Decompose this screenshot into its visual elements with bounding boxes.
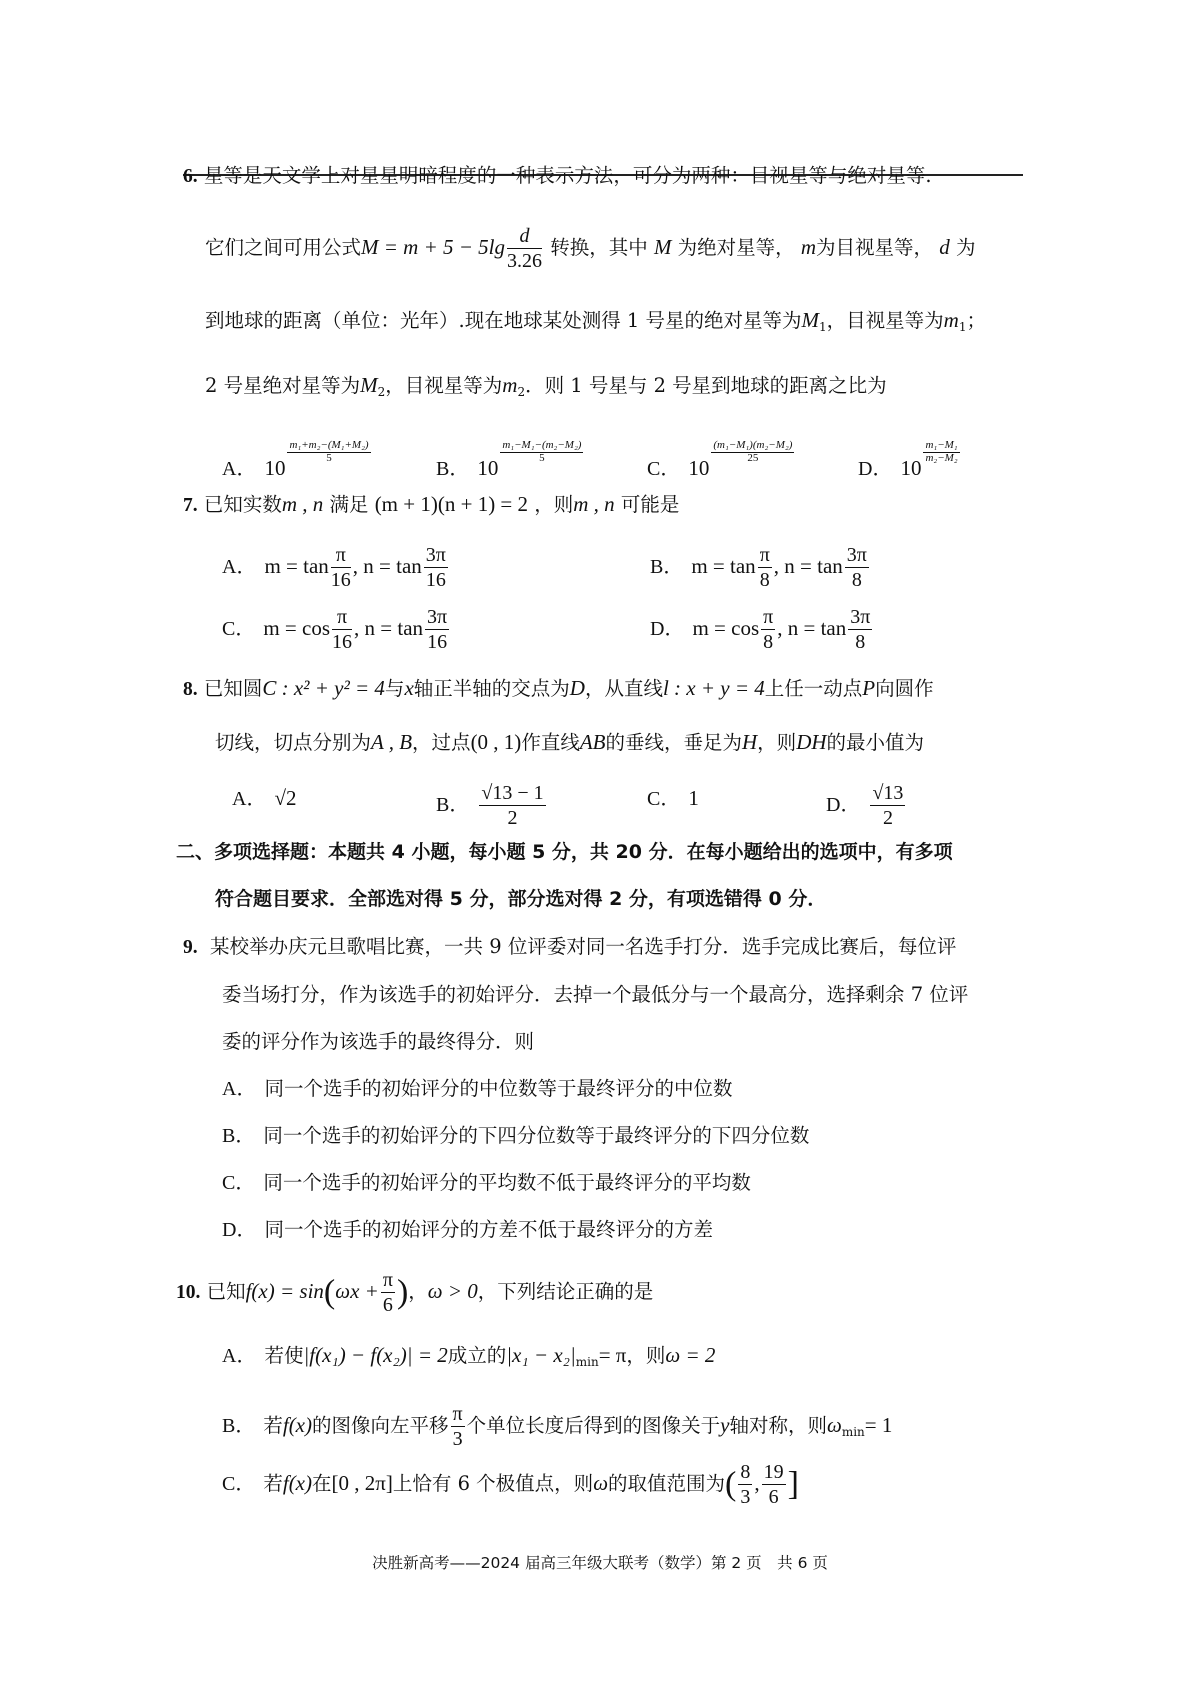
formula: M = m + 5 − 5lg [361, 235, 505, 259]
q9-option-d: D．同一个选手的初始评分的方差不低于最终评分的方差 [222, 1215, 713, 1245]
q6-option-c: C．10(m₁−M₁)(m₂−M₂)25 [647, 440, 796, 484]
q9-line2: 委当场打分，作为该选手的初始评分．去掉一个最低分与一个最高分，选择剩余 7 位评 [222, 980, 968, 1010]
q9-option-c: C．同一个选手的初始评分的平均数不低于最终评分的平均数 [222, 1168, 751, 1198]
section2-heading-line2: 符合题目要求．全部选对得 5 分，部分选对得 2 分，有项选错得 0 分． [215, 884, 826, 914]
q10-option-a: A．若使|f(x₁) − f(x₂)| = 2成立的|x₁ − x₂|min= … [222, 1340, 715, 1377]
q6-line2: 它们之间可用公式M = m + 5 − 5lgd3.26 转换，其中 M 为绝对… [205, 226, 975, 271]
q7-option-d: D．m = cosπ8, n = tan3π8 [650, 607, 874, 652]
q9-option-b: B．同一个选手的初始评分的下四分位数等于最终评分的下四分位数 [222, 1121, 809, 1151]
q7-option-b: B．m = tanπ8, n = tan3π8 [650, 545, 871, 590]
q8-option-a: A．√2 [232, 783, 296, 814]
q10-option-c: C．若f(x)在[0 , 2π]上恰有 6 个极值点，则ω的取值范围为(83,1… [222, 1462, 799, 1507]
q10-stem: 10. 已知f(x) = sin(ωx +π6)，ω > 0，下列结论正确的是 [176, 1270, 653, 1315]
fraction: d3.26 [507, 226, 542, 271]
section2-heading-line1: 二、多项选择题：本题共 4 小题，每小题 5 分，共 20 分．在每小题给出的选… [176, 837, 953, 867]
q6-option-a: A．10m₁+m₂−(M₁+M₂)5 [222, 440, 373, 484]
q6-line3: 到地球的距离（单位：光年）.现在地球某处测得 1 号星的绝对星等为M1，目视星等… [205, 305, 986, 342]
q7-option-a: A．m = tanπ16, n = tan3π16 [222, 545, 450, 590]
page-footer: 决胜新高考——2024 届高三年级大联考（数学）第 2 页 共 6 页 [0, 1551, 1200, 1573]
q6-line4: 2 号星绝对星等为M2，目视星等为m2．则 1 号星与 2 号星到地球的距离之比… [205, 370, 887, 407]
q7-option-c: C．m = cosπ16, n = tan3π16 [222, 607, 451, 652]
q10-option-b: B．若f(x)的图像向左平移π3个单位长度后得到的图像关于y轴对称，则ωmin=… [222, 1404, 892, 1449]
q6-option-d: D．10m₁−M₁m₂−M₂ [858, 440, 962, 484]
q8-option-b: B．√13 − 12 [436, 783, 548, 828]
q7-stem: 7. 已知实数m , n 满足 (m + 1)(n + 1) = 2 ，则m ,… [183, 489, 679, 521]
q8-line2: 切线，切点分别为A , B，过点(0 , 1)作直线AB的垂线，垂足为H，则DH… [215, 727, 924, 758]
q9-line3: 委的评分作为该选手的最终得分．则 [222, 1027, 534, 1057]
q6-option-b: B．10m₁−M₁−(m₂−M₂)5 [436, 440, 585, 484]
q8-option-c: C．1 [647, 783, 699, 814]
q9-line1: 9. 某校举办庆元旦歌唱比赛，一共 9 位评委对同一名选手打分．选手完成比赛后，… [183, 932, 956, 963]
exam-page: 6. 星等是天文学上对星星明暗程度的一种表示方法，可分为两种：目视星等与绝对星等… [0, 0, 1200, 1698]
q6-line1: 6. 星等是天文学上对星星明暗程度的一种表示方法，可分为两种：目视星等与绝对星等… [183, 161, 932, 192]
q9-option-a: A．同一个选手的初始评分的中位数等于最终评分的中位数 [222, 1074, 732, 1104]
q8-option-d: D．√132 [826, 783, 907, 828]
q8-line1: 8. 已知圆C : x² + y² = 4与x轴正半轴的交点为D，从直线l : … [183, 673, 934, 705]
